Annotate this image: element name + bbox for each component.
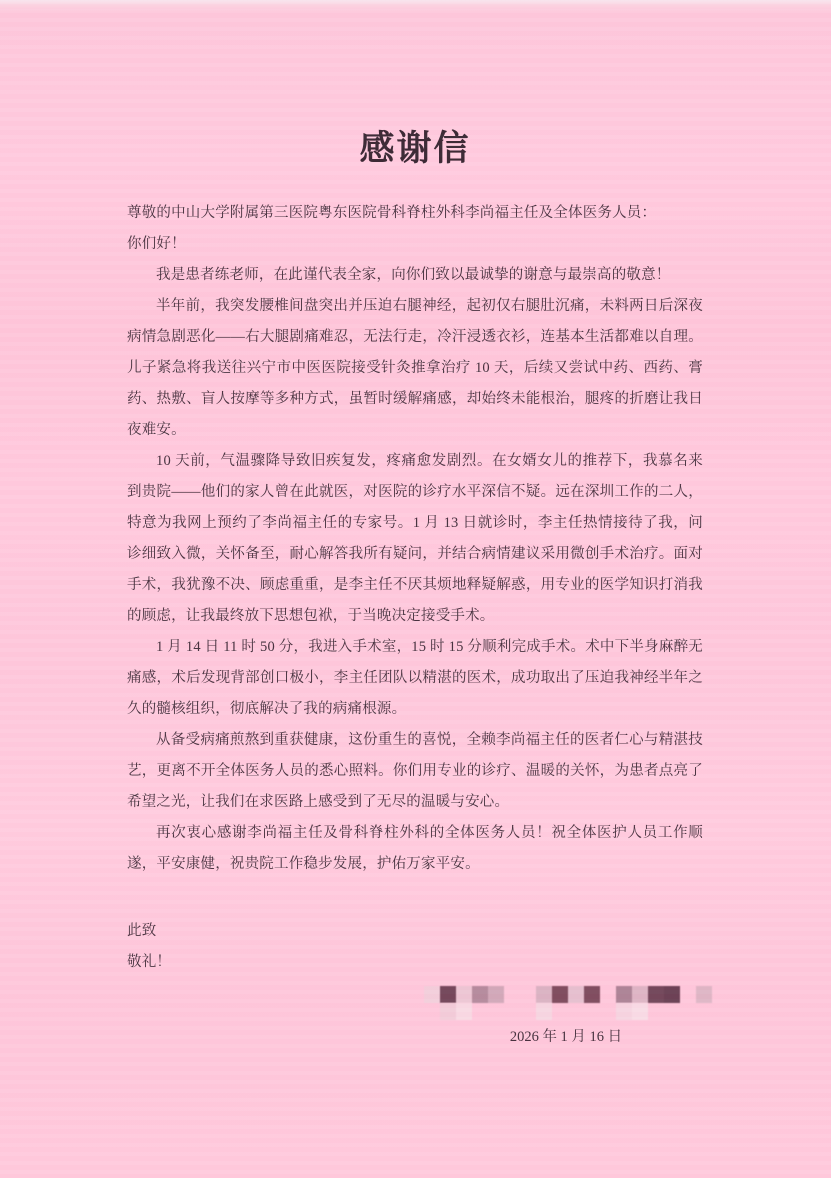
letter-paragraph: 1 月 14 日 11 时 50 分，我进入手术室，15 时 15 分顺利完成手… [127,632,703,725]
mosaic-cell [424,986,440,1003]
letter-date: 2026 年 1 月 16 日 [424,1026,708,1048]
mosaic-cell [456,986,472,1003]
mosaic-cell [664,1003,680,1020]
letter-closing: 此致 敬礼！ [127,916,703,978]
mosaic-cell [520,1003,536,1020]
mosaic-cell [472,986,488,1003]
mosaic-cell [680,1003,696,1020]
mosaic-cell [488,1003,504,1020]
letter-paragraph: 我是患者练老师，在此谨代表全家，向你们致以最诚挚的谢意与最崇高的敬意！ [127,260,703,291]
mosaic-cell [584,986,600,1003]
mosaic-cell [552,986,568,1003]
mosaic-cell [632,1003,648,1020]
mosaic-cell [456,1003,472,1020]
mosaic-cell [568,986,584,1003]
mosaic-cell [440,1003,456,1020]
mosaic-cell [600,1003,616,1020]
mosaic-cell [472,1003,488,1020]
mosaic-cell [696,1003,712,1020]
mosaic-cell [536,986,552,1003]
letter-paragraph: 从备受病痛煎熬到重获健康，这份重生的喜悦，全赖李尚福主任的医者仁心与精湛技艺，更… [127,725,703,818]
mosaic-cell [568,1003,584,1020]
letter-paragraph: 10 天前，气温骤降导致旧疾复发，疼痛愈发剧烈。在女婿女儿的推荐下，我慕名来到贵… [127,446,703,632]
mosaic-cell [504,1003,520,1020]
mosaic-cell [648,986,664,1003]
signature-block: 2026 年 1 月 16 日 [424,986,708,1048]
mosaic-cell [536,1003,552,1020]
thank-you-letter-page: 感谢信 尊敬的中山大学附属第三医院粤东医院骨科脊柱外科李尚福主任及全体医务人员：… [0,0,831,1178]
mosaic-cell [680,986,696,1003]
letter-paragraph: 半年前，我突发腰椎间盘突出并压迫右腿神经，起初仅右腿肚沉痛，未料两日后深夜病情急… [127,291,703,446]
letter-salutation: 尊敬的中山大学附属第三医院粤东医院骨科脊柱外科李尚福主任及全体医务人员： [127,198,703,229]
mosaic-cell [584,1003,600,1020]
mosaic-cell [600,986,616,1003]
mosaic-cell [520,986,536,1003]
mosaic-cell [552,1003,568,1020]
letter-body: 感谢信 尊敬的中山大学附属第三医院粤东医院骨科脊柱外科李尚福主任及全体医务人员：… [127,128,703,978]
mosaic-cell [664,986,680,1003]
mosaic-cell [616,1003,632,1020]
mosaic-cell [424,1003,440,1020]
mosaic-cell [696,986,712,1003]
closing-respect: 此致 [127,916,703,947]
mosaic-row [424,1003,708,1020]
mosaic-cell [488,986,504,1003]
mosaic-cell [440,986,456,1003]
closing-salute: 敬礼！ [127,947,703,978]
letter-greeting: 你们好！ [127,229,703,260]
mosaic-row [424,986,708,1003]
letter-title: 感谢信 [127,128,703,170]
mosaic-cell [616,986,632,1003]
mosaic-cell [632,986,648,1003]
mosaic-cell [648,1003,664,1020]
letter-paragraph: 再次衷心感谢李尚福主任及骨科脊柱外科的全体医务人员！祝全体医护人员工作顺遂，平安… [127,818,703,880]
mosaic-cell [504,986,520,1003]
redacted-signature-mosaic [424,986,708,1020]
